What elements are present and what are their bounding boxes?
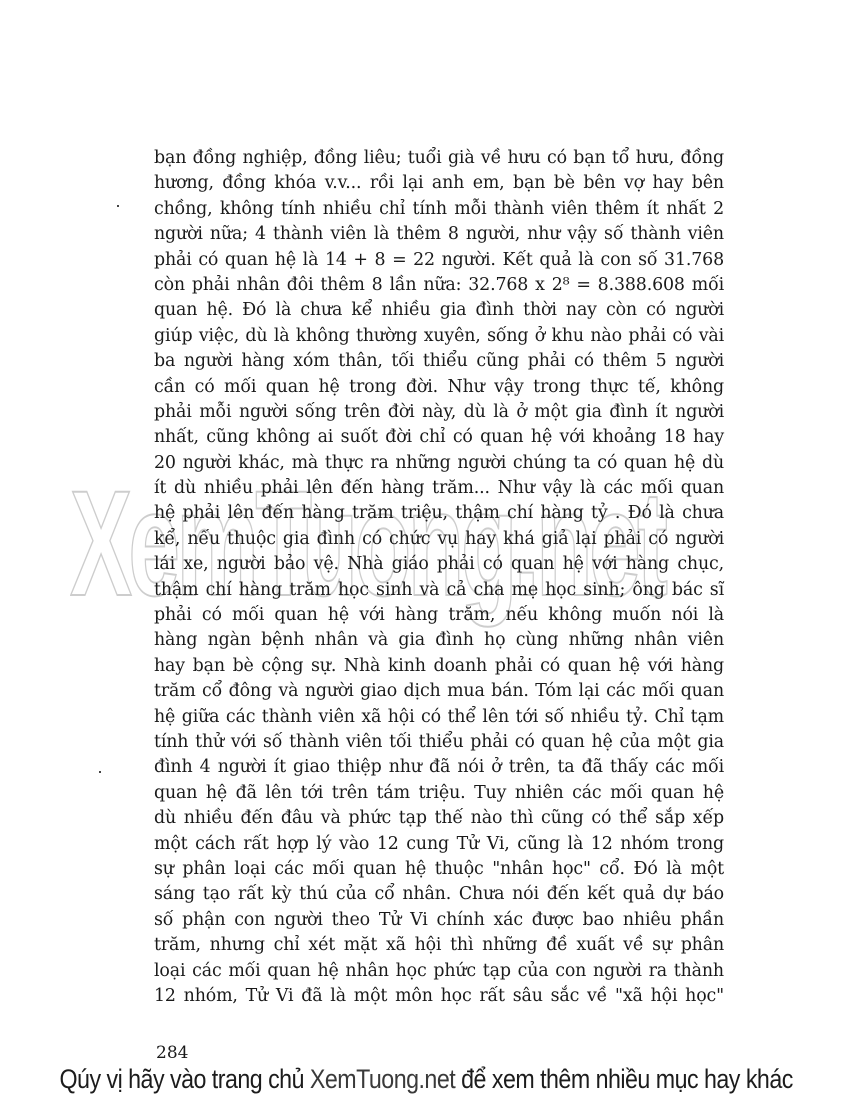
text-line: phải có quan hệ là 14 + 8 = 22 người. Kế… [154, 248, 724, 273]
text-line: lái xe, người bảo vệ. Nhà giáo phải có q… [154, 552, 724, 577]
text-line: trăm cổ đông và người giao dịch mua bán.… [154, 679, 724, 704]
text-line: sáng tạo rất kỳ thú của cổ nhân. Chưa nó… [154, 882, 724, 907]
text-line: kể, nếu thuộc gia đình có chức vụ hay kh… [154, 527, 724, 552]
footer-site-link[interactable]: XemTuong.net [310, 1064, 455, 1094]
footer-text-after: để xem thêm nhiều mục hay khác [455, 1064, 793, 1094]
footer-banner: Qúy vị hãy vào trang chủ XemTuong.net để… [60, 1062, 791, 1096]
text-line: trăm, nhưng chỉ xét mặt xã hội thì những… [154, 933, 724, 958]
footer-text-before: Qúy vị hãy vào trang chủ [60, 1064, 310, 1094]
text-line: giúp việc, dù là không thường xuyên, sốn… [154, 324, 724, 349]
text-line: còn phải nhân đôi thêm 8 lần nữa: 32.768… [154, 273, 724, 298]
text-line: một cách rất hợp lý vào 12 cung Tử Vi, c… [154, 832, 724, 857]
text-line: cần có mối quan hệ trong đời. Như vậy tr… [154, 375, 724, 400]
text-line: hệ phải lên đến hàng trăm triệu, thậm ch… [154, 501, 724, 526]
text-line: 12 nhóm, Tử Vi đã là một môn học rất sâu… [154, 984, 724, 1009]
text-line: hàng ngàn bệnh nhân và gia đình họ cùng … [154, 628, 724, 653]
text-line: ít dù nhiều phải lên đến hàng trăm... Nh… [154, 476, 724, 501]
text-line: người nữa; 4 thành viên là thêm 8 người,… [154, 222, 724, 247]
text-line: chồng, không tính nhiều chỉ tính mỗi thà… [154, 197, 724, 222]
page-number: 284 [156, 1043, 188, 1063]
text-line: quan hệ. Đó là chưa kể nhiều gia đình th… [154, 298, 724, 323]
book-page: XemTuong.net bạn đồng nghiệp, đồng liêu;… [0, 0, 850, 1102]
body-paragraph: bạn đồng nghiệp, đồng liêu; tuổi già về … [154, 146, 724, 1009]
text-line: phải có mối quan hệ với hàng trăm, nếu k… [154, 603, 724, 628]
text-line: nhất, cũng không ai suốt đời chỉ có quan… [154, 425, 724, 450]
text-line: sự phân loại các mối quan hệ thuộc "nhân… [154, 857, 724, 882]
text-line: hương, đồng khóa v.v... rồi lại anh em, … [154, 171, 724, 196]
scan-speck [117, 205, 119, 207]
text-line: số phận con người theo Tử Vi chính xác đ… [154, 908, 724, 933]
text-line: dù nhiều đến đâu và phức tạp thế nào thì… [154, 806, 724, 831]
scan-speck [99, 771, 101, 773]
text-line: thậm chí hàng trăm học sinh và cả cha mẹ… [154, 578, 724, 603]
text-line: hệ giữa các thành viên xã hội có thể lên… [154, 705, 724, 730]
text-line: bạn đồng nghiệp, đồng liêu; tuổi già về … [154, 146, 724, 171]
text-line: tính thử với số thành viên tối thiểu phả… [154, 730, 724, 755]
text-line: loại các mối quan hệ nhân học phức tạp c… [154, 959, 724, 984]
text-line: phải mỗi người sống trên đời này, dù là … [154, 400, 724, 425]
text-line: đình 4 người ít giao thiệp như đã nói ở … [154, 755, 724, 780]
text-line: 20 người khác, mà thực ra những người ch… [154, 451, 724, 476]
text-line: hay bạn bè cộng sự. Nhà kinh doanh phải … [154, 654, 724, 679]
text-line: ba người hàng xóm thân, tối thiểu cũng p… [154, 349, 724, 374]
text-line: quan hệ đã lên tới trên tám triệu. Tuy n… [154, 781, 724, 806]
